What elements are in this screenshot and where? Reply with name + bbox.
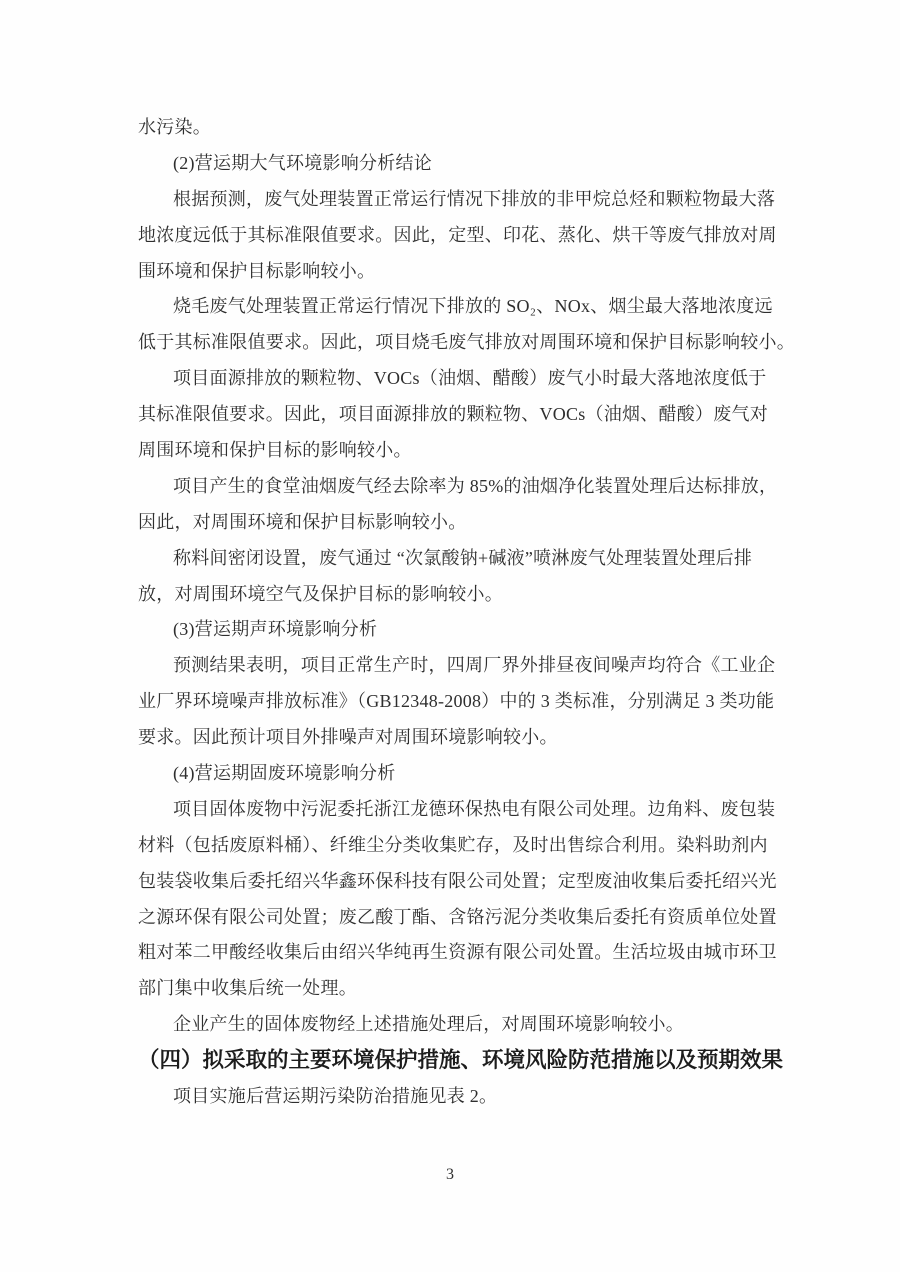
text-line: 根据预测，废气处理装置正常运行情况下排放的非甲烷总烃和颗粒物最大落	[138, 182, 800, 218]
text-line: 周围环境和保护目标的影响较小。	[138, 433, 800, 469]
text-line: 项目实施后营运期污染防治措施见表 2。	[138, 1079, 800, 1115]
text-line: 部门集中收集后统一处理。	[138, 971, 800, 1007]
text-line: 预测结果表明，项目正常生产时，四周厂界外排昼夜间噪声均符合《工业企	[138, 648, 800, 684]
text-line: 地浓度远低于其标准限值要求。因此，定型、印花、蒸化、烘干等废气排放对周	[138, 218, 800, 254]
text-line: 围环境和保护目标影响较小。	[138, 254, 800, 290]
text-line: 低于其标准限值要求。因此，项目烧毛废气排放对周围环境和保护目标影响较小。	[138, 325, 800, 361]
text-line: 因此，对周围环境和保护目标影响较小。	[138, 505, 800, 541]
text-line: 之源环保有限公司处置；废乙酸丁酯、含铬污泥分类收集后委托有资质单位处置	[138, 900, 800, 936]
text-line: 企业产生的固体废物经上述措施处理后，对周围环境影响较小。	[138, 1007, 800, 1043]
text-line: (4)营运期固废环境影响分析	[138, 756, 800, 792]
text-line: 业厂界环境噪声排放标准》（GB12348-2008）中的 3 类标准，分别满足 …	[138, 684, 800, 720]
section-heading: （四）拟采取的主要环境保护措施、环境风险防范措施以及预期效果	[138, 1043, 800, 1079]
text-line: 材料（包括废原料桶）、纤维尘分类收集贮存，及时出售综合利用。染料助剂内	[138, 828, 800, 864]
text-line: 烧毛废气处理装置正常运行情况下排放的 SO₂、NOx、烟尘最大落地浓度远	[138, 289, 800, 325]
text-line: 包装袋收集后委托绍兴华鑫环保科技有限公司处置；定型废油收集后委托绍兴光	[138, 864, 800, 900]
document-body: 水污染。(2)营运期大气环境影响分析结论根据预测，废气处理装置正常运行情况下排放…	[138, 110, 800, 1115]
text-line: 水污染。	[138, 110, 800, 146]
text-line: 粗对苯二甲酸经收集后由绍兴华纯再生资源有限公司处置。生活垃圾由城市环卫	[138, 935, 800, 971]
text-line: 称料间密闭设置，废气通过 “次氯酸钠+碱液”喷淋废气处理装置处理后排	[138, 541, 800, 577]
text-line: 其标准限值要求。因此，项目面源排放的颗粒物、VOCs（油烟、醋酸）废气对	[138, 397, 800, 433]
text-line: 项目固体废物中污泥委托浙江龙德环保热电有限公司处理。边角料、废包装	[138, 792, 800, 828]
page-number: 3	[0, 1166, 900, 1184]
document-page: 水污染。(2)营运期大气环境影响分析结论根据预测，废气处理装置正常运行情况下排放…	[0, 0, 900, 1272]
text-line: (2)营运期大气环境影响分析结论	[138, 146, 800, 182]
text-line: 项目产生的食堂油烟废气经去除率为 85%的油烟净化装置处理后达标排放，	[138, 469, 800, 505]
text-line: 要求。因此预计项目外排噪声对周围环境影响较小。	[138, 720, 800, 756]
text-line: 项目面源排放的颗粒物、VOCs（油烟、醋酸）废气小时最大落地浓度低于	[138, 361, 800, 397]
text-line: (3)营运期声环境影响分析	[138, 612, 800, 648]
text-line: 放，对周围环境空气及保护目标的影响较小。	[138, 577, 800, 613]
